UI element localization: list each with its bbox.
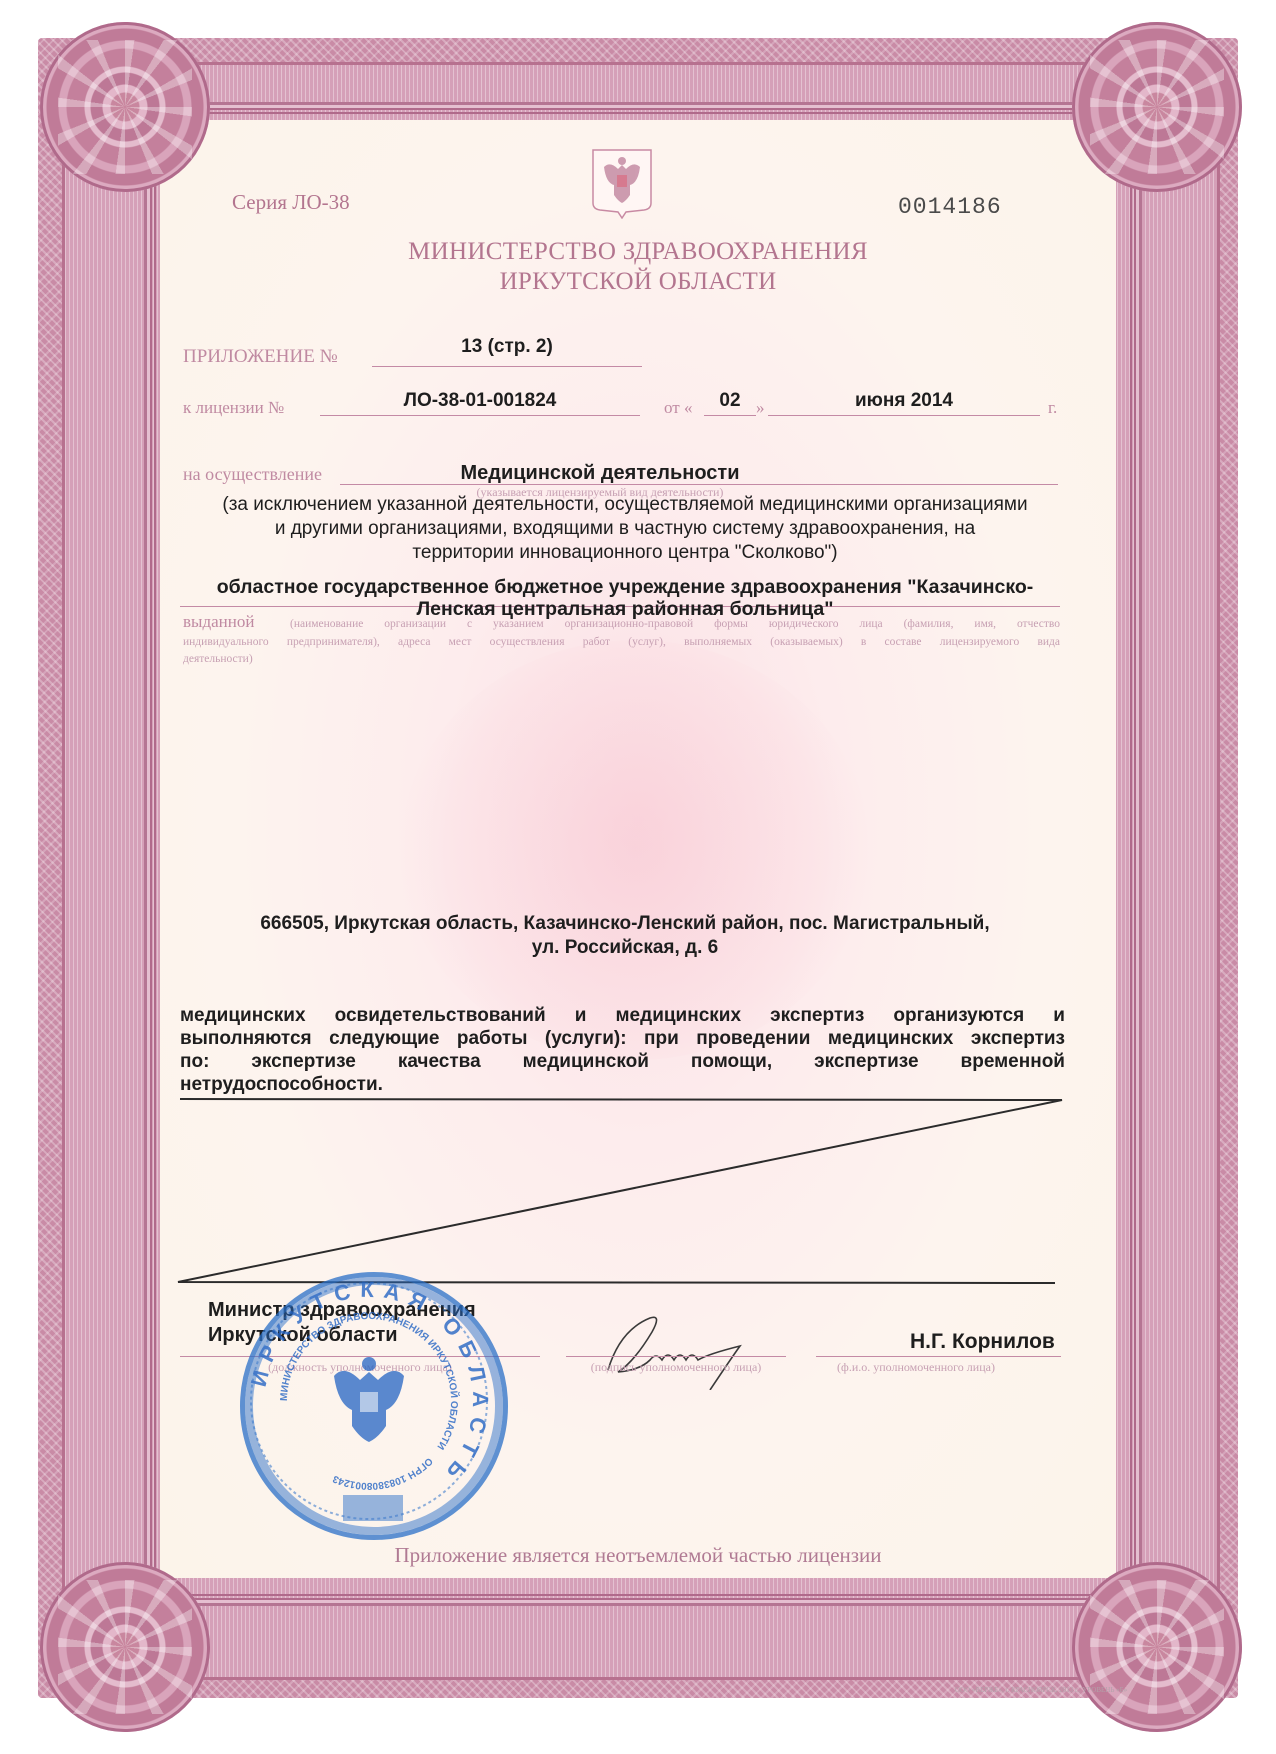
blank-space-cancel-lines: [0, 0, 1276, 1754]
signature-hint: (подпись уполномоченного лица): [566, 1360, 786, 1375]
stamp-ink-blot: [343, 1495, 403, 1521]
name-underline: [816, 1356, 1061, 1357]
name-hint: (ф.и.о. уполномоченного лица): [816, 1360, 1016, 1375]
handwritten-signature: [590, 1310, 810, 1390]
signatory-name: Н.Г. Корнилов: [910, 1330, 1055, 1354]
official-stamp: ИРКУТСКАЯ ОБЛАСТЬ МИНИСТЕРСТВО ЗДРАВООХР…: [240, 1272, 508, 1540]
footer-note: Приложение является неотъемлемой частью …: [0, 1543, 1276, 1568]
svg-text:ОГРН 1083808001243: ОГРН 1083808001243: [331, 1455, 434, 1491]
signature-underline: [566, 1356, 786, 1357]
printer-imprint: ООО «ВЕРЖЕ», г. КРАСНОЯРСК, 2013 г., УРО…: [955, 1686, 1127, 1694]
